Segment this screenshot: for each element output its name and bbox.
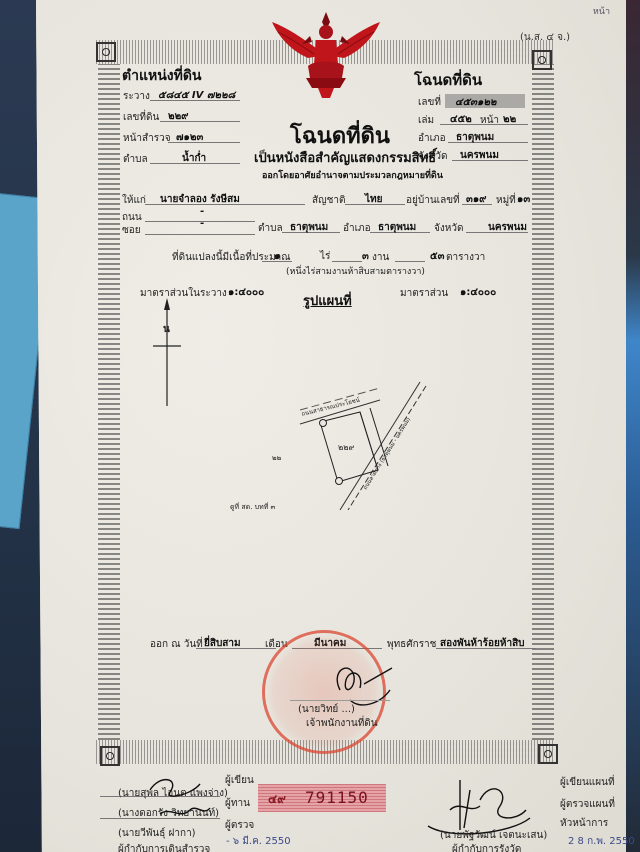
border-left [98, 64, 120, 740]
officer-name: (นายวิทย์ ...) [298, 702, 355, 717]
chief-name: (นายพัฐวัฒน์ เจตนะเสน) [440, 828, 547, 843]
owner-tambon-value: ธาตุพนม [290, 220, 328, 235]
reviewer-role: ผู้ทาน [225, 796, 250, 811]
road-value: - [200, 206, 204, 217]
amphoe-value: ธาตุพนม [456, 130, 494, 145]
owner-amphoe-value: ธาตุพนม [378, 220, 416, 235]
area-rai: ๑ [274, 249, 280, 264]
scale-label: มาตราส่วน [400, 286, 448, 301]
survey-page-value: ๗๑๒๓ [176, 130, 203, 145]
page-mark: หน้า [593, 4, 610, 18]
corner-ornament-icon [532, 50, 552, 70]
rai-unit: ไร่ [320, 249, 330, 264]
svg-text:๒๒๙: ๒๒๙ [338, 443, 355, 452]
corner-ornament-icon [538, 744, 558, 764]
owner-tambon-label: ตำบล [258, 221, 283, 236]
garuda-emblem-icon [268, 8, 384, 100]
ngan-unit: งาน [372, 250, 389, 265]
issuing-authority: ออกโดยอาศัยอำนาจตามประมวลกฎหมายที่ดิน [262, 168, 443, 182]
land-location-heading: ตำแหน่งที่ดิน [122, 65, 202, 87]
map-reference-note: ดูที่ สด. บทที่ ๓ [230, 502, 275, 513]
issued-day: ยี่สิบสาม [204, 636, 241, 651]
border-right [532, 64, 554, 740]
issued-year: สองพันห้าร้อยห้าสิบ [440, 636, 525, 651]
nationality-value: ไทย [365, 192, 382, 207]
svg-text:๒๒: ๒๒ [272, 454, 282, 462]
north-label: น [163, 322, 170, 337]
corner-ornament-icon [96, 42, 116, 62]
area-label: ที่ดินแปลงนี้มีเนื้อที่ประมาณ [172, 250, 291, 265]
owner-province-value: นครพนม [488, 220, 527, 235]
deed-heading: โฉนดที่ดิน [414, 68, 482, 92]
owner-province-label: จังหวัด [434, 221, 463, 236]
parcel-map-sketch: ๒๒๙ ถนนสาธารณประโยชน์ ถนนลาดยาง (ธาตุพนม… [270, 380, 430, 510]
survey-page-label: หน้าสำรวจ [123, 131, 171, 146]
volume-value: ๔๕๒ [450, 112, 472, 127]
owner-amphoe-label: อำเภอ [343, 221, 371, 236]
survey-director-label: ผู้กำกับการรังวัด [452, 842, 521, 852]
serial-number: 791150 [305, 788, 369, 807]
map-sheet-label: ระวาง [123, 89, 150, 104]
amphoe-label: อำเภอ [418, 131, 446, 146]
sheet-scale-value: ๑:๔๐๐๐ [228, 285, 264, 300]
serial-prefix: ๔๙ [268, 790, 286, 809]
inspector-role: ผู้ตรวจ [225, 818, 254, 833]
scale-value: ๑:๔๐๐๐ [460, 285, 496, 300]
right-stamp-date: 2 8 ก.พ. 2550 [568, 834, 635, 849]
house-no-value: ๓๑๙ [466, 192, 487, 207]
area-in-words: (หนึ่งไร่สามงานห้าสิบสามตารางวา) [286, 264, 425, 278]
corner-ornament-icon [100, 746, 120, 766]
issued-prefix: ออก ณ วันที่ [150, 637, 203, 652]
document-subtitle: เป็นหนังสือสำคัญแสดงกรรมสิทธิ์ [254, 147, 436, 168]
house-no-label: อยู่บ้านเลขที่ [406, 193, 460, 208]
moo-value: ๑๓ [517, 192, 530, 207]
sqwa-unit: ตารางวา [446, 250, 485, 265]
map-inspector-role: ผู้ตรวจแผนที่ [560, 797, 615, 812]
map-sheet-value: ๕๘๔๕ IV ๗๒๒๘ [158, 88, 235, 103]
tambon-value: น้ำก่ำ [182, 151, 206, 166]
tambon-label: ตำบล [123, 152, 148, 167]
given-to-label: ให้แก่ [122, 193, 146, 208]
officer-title: เจ้าพนักงานที่ดิน [306, 716, 378, 731]
soi-label: ซอย [122, 223, 141, 238]
nationality-label: สัญชาติ [312, 193, 346, 208]
parcel-no-value: ๒๒๙ [168, 109, 189, 124]
moo-label: หมู่ที่ [496, 193, 516, 208]
section-chief-role: หัวหน้าการ [560, 816, 608, 831]
map-writer-role: ผู้เขียนแผนที่ [560, 775, 615, 790]
left-signatures [140, 770, 220, 830]
map-title: รูปแผนที่ [303, 290, 352, 311]
deed-number-value: ๔๕๓๑๒๒ [455, 95, 497, 110]
left-stamp-date: - ๖ มี.ค. 2550 [226, 834, 291, 849]
deed-number-label: เลขที่ [418, 95, 441, 110]
page-label: หน้า [480, 113, 499, 128]
north-arrow-icon [152, 296, 182, 406]
writer-role: ผู้เขียน [225, 773, 254, 788]
owner-name: นายจำลอง รังษีสม [160, 192, 240, 207]
province-value: นครพนม [460, 148, 499, 163]
page-value: ๒๒ [503, 112, 516, 127]
soi-value: - [200, 218, 204, 229]
svg-text:ถนนลาดยาง (ธาตุพนม - นครพนม): ถนนลาดยาง (ธาตุพนม - นครพนม) [362, 416, 412, 491]
survey-supervisor-label: ผู้กำกับการเดินสำรวจ [118, 842, 210, 852]
issued-year-label: พุทธศักราช [387, 637, 436, 652]
parcel-no-label: เลขที่ดิน [123, 110, 159, 125]
volume-label: เล่ม [418, 113, 434, 128]
area-ngan: ๓ [362, 249, 369, 264]
area-sqwa: ๕๓ [430, 249, 444, 264]
